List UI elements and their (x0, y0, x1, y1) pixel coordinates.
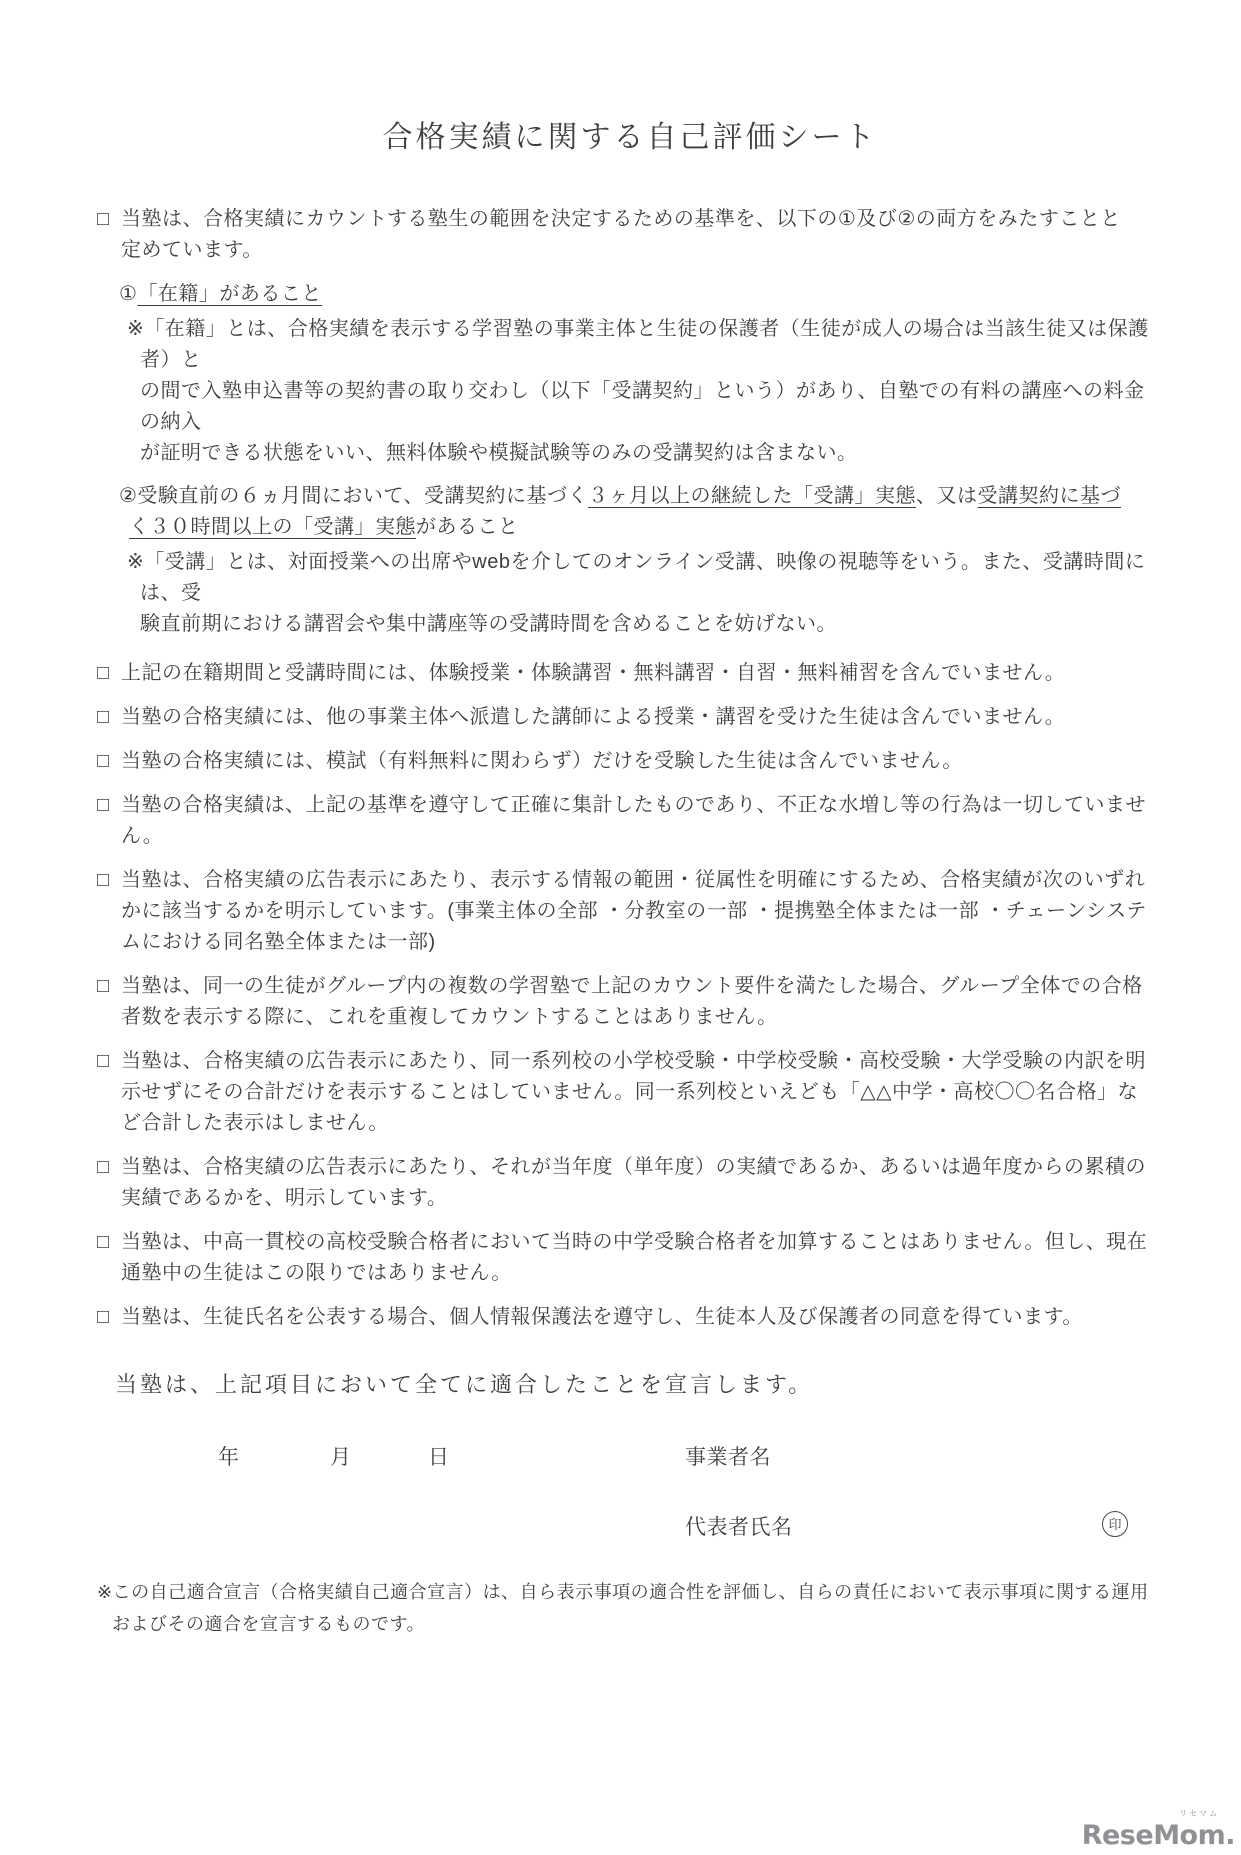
checklist-item: □当塾は、生徒氏名を公表する場合、個人情報保護法を遵守し、生徒本人及び保護者の同… (97, 1302, 1163, 1333)
checklist-item: □上記の在籍期間と受講時間には、体験授業・体験講習・無料講習・自習・無料補習を含… (97, 658, 1163, 689)
criterion-2-text: 、又は (916, 485, 978, 507)
checklist-item: □当塾は、中高一貫校の高校受験合格者において当時の中学受験合格者を加算することは… (97, 1227, 1163, 1289)
checkbox-icon: □ (97, 204, 121, 235)
date-business-row: 年 月 日 事業者名 (97, 1442, 1163, 1474)
checklist-item-text: 当塾は、同一の生徒がグループ内の複数の学習塾で上記のカウント要件を満たした場合、… (121, 975, 1143, 1028)
checklist-item-text: 当塾の合格実績には、他の事業主体へ派遣した講師による授業・講習を受けた生徒は含ん… (121, 706, 1065, 728)
declaration-text: 当塾は、上記項目において全てに適合したことを宣言します。 (115, 1369, 1163, 1400)
checklist-item-text: 当塾は、中高一貫校の高校受験合格者において当時の中学受験合格者を加算することはあ… (121, 1231, 1147, 1284)
criterion-2-underline-1: ３ヶ月以上の継続した「受講」実態 (588, 485, 916, 507)
checklist-item-intro: □当塾は、合格実績にカウントする塾生の範囲を決定するための基準を、以下の①及び②… (97, 204, 1163, 266)
checkbox-icon: □ (97, 1227, 121, 1258)
checklist-item: □当塾の合格実績には、模試（有料無料に関わらず）だけを受験した生徒は含んでいませ… (97, 746, 1163, 777)
criterion-1-marker: ① (119, 283, 137, 305)
seal-label: 印 (1108, 1509, 1121, 1540)
checklist-item: □当塾は、合格実績の広告表示にあたり、同一系列校の小学校受験・中学校受験・高校受… (97, 1046, 1163, 1139)
checkbox-icon: □ (97, 746, 121, 777)
seal-icon: 印 (1102, 1511, 1128, 1537)
resemom-logo-ruby: リセマム (1179, 1808, 1219, 1819)
checkbox-icon: □ (97, 1046, 121, 1077)
checklist-item: □当塾は、合格実績の広告表示にあたり、表示する情報の範囲・従属性を明確にするため… (97, 865, 1163, 958)
checkbox-icon: □ (97, 702, 121, 733)
checklist-item: □当塾は、合格実績の広告表示にあたり、それが当年度（単年度）の実績であるか、ある… (97, 1152, 1163, 1214)
note-jukou: ※「受講」とは、対面授業への出席やwebを介してのオンライン受講、映像の視聴等を… (127, 547, 1163, 640)
checklist-item: □当塾は、同一の生徒がグループ内の複数の学習塾で上記のカウント要件を満たした場合… (97, 971, 1163, 1033)
day-label: 日 (428, 1442, 450, 1473)
criterion-1-text: 「在籍」があること (137, 283, 322, 305)
checklist-item: □当塾の合格実績には、他の事業主体へ派遣した講師による授業・講習を受けた生徒は含… (97, 702, 1163, 733)
criterion-2-text: があること (416, 516, 519, 538)
year-label: 年 (218, 1442, 240, 1473)
checklist-item-text: 上記の在籍期間と受講時間には、体験授業・体験講習・無料講習・自習・無料補習を含ん… (121, 662, 1065, 684)
representative-row: 代表者氏名 印 (97, 1512, 1163, 1544)
document-page: 合格実績に関する自己評価シート □当塾は、合格実績にカウントする塾生の範囲を決定… (0, 0, 1241, 1855)
criterion-1: ①「在籍」があること (119, 279, 1163, 310)
note-zaiseki: ※「在籍」とは、合格実績を表示する学習塾の事業主体と生徒の保護者（生徒が成人の場… (127, 314, 1163, 469)
representative-name-label: 代表者氏名 (685, 1512, 793, 1543)
checklist-item-text: 当塾は、合格実績の広告表示にあたり、同一系列校の小学校受験・中学校受験・高校受験… (121, 1050, 1146, 1134)
checklist-item-text: 当塾は、生徒氏名を公表する場合、個人情報保護法を遵守し、生徒本人及び保護者の同意… (121, 1306, 1083, 1328)
criterion-2: ②受験直前の６ヵ月間において、受講契約に基づく３ヶ月以上の継続した「受講」実態、… (119, 481, 1163, 543)
checkbox-icon: □ (97, 971, 121, 1002)
footnote: ※この自己適合宣言（合格実績自己適合宣言）は、自ら表示事項の適合性を評価し、自ら… (97, 1576, 1163, 1640)
checkbox-icon: □ (97, 1152, 121, 1183)
intro-text: 当塾は、合格実績にカウントする塾生の範囲を決定するための基準を、以下の①及び②の… (121, 208, 1121, 261)
checkbox-icon: □ (97, 790, 121, 821)
document-content: 合格実績に関する自己評価シート □当塾は、合格実績にカウントする塾生の範囲を決定… (97, 118, 1163, 1640)
business-name-label: 事業者名 (685, 1442, 771, 1473)
document-title: 合格実績に関する自己評価シート (97, 118, 1163, 158)
resemom-logo-text: ReseMom. (1082, 1820, 1235, 1851)
month-label: 月 (330, 1442, 352, 1473)
checklist-item-text: 当塾の合格実績は、上記の基準を遵守して正確に集計したものであり、不正な水増し等の… (121, 794, 1146, 847)
checkbox-icon: □ (97, 658, 121, 689)
resemom-logo: リセマム ReseMom. (1082, 1810, 1235, 1851)
checklist-item-text: 当塾は、合格実績の広告表示にあたり、それが当年度（単年度）の実績であるか、あるい… (121, 1156, 1146, 1209)
checkbox-icon: □ (97, 865, 121, 896)
criterion-2-text: ②受験直前の６ヵ月間において、受講契約に基づく (119, 485, 588, 507)
checklist-item: □当塾の合格実績は、上記の基準を遵守して正確に集計したものであり、不正な水増し等… (97, 790, 1163, 852)
checklist-item-text: 当塾は、合格実績の広告表示にあたり、表示する情報の範囲・従属性を明確にするため、… (121, 869, 1147, 953)
checklist-item-text: 当塾の合格実績には、模試（有料無料に関わらず）だけを受験した生徒は含んでいません… (121, 750, 963, 772)
checkbox-icon: □ (97, 1302, 121, 1333)
